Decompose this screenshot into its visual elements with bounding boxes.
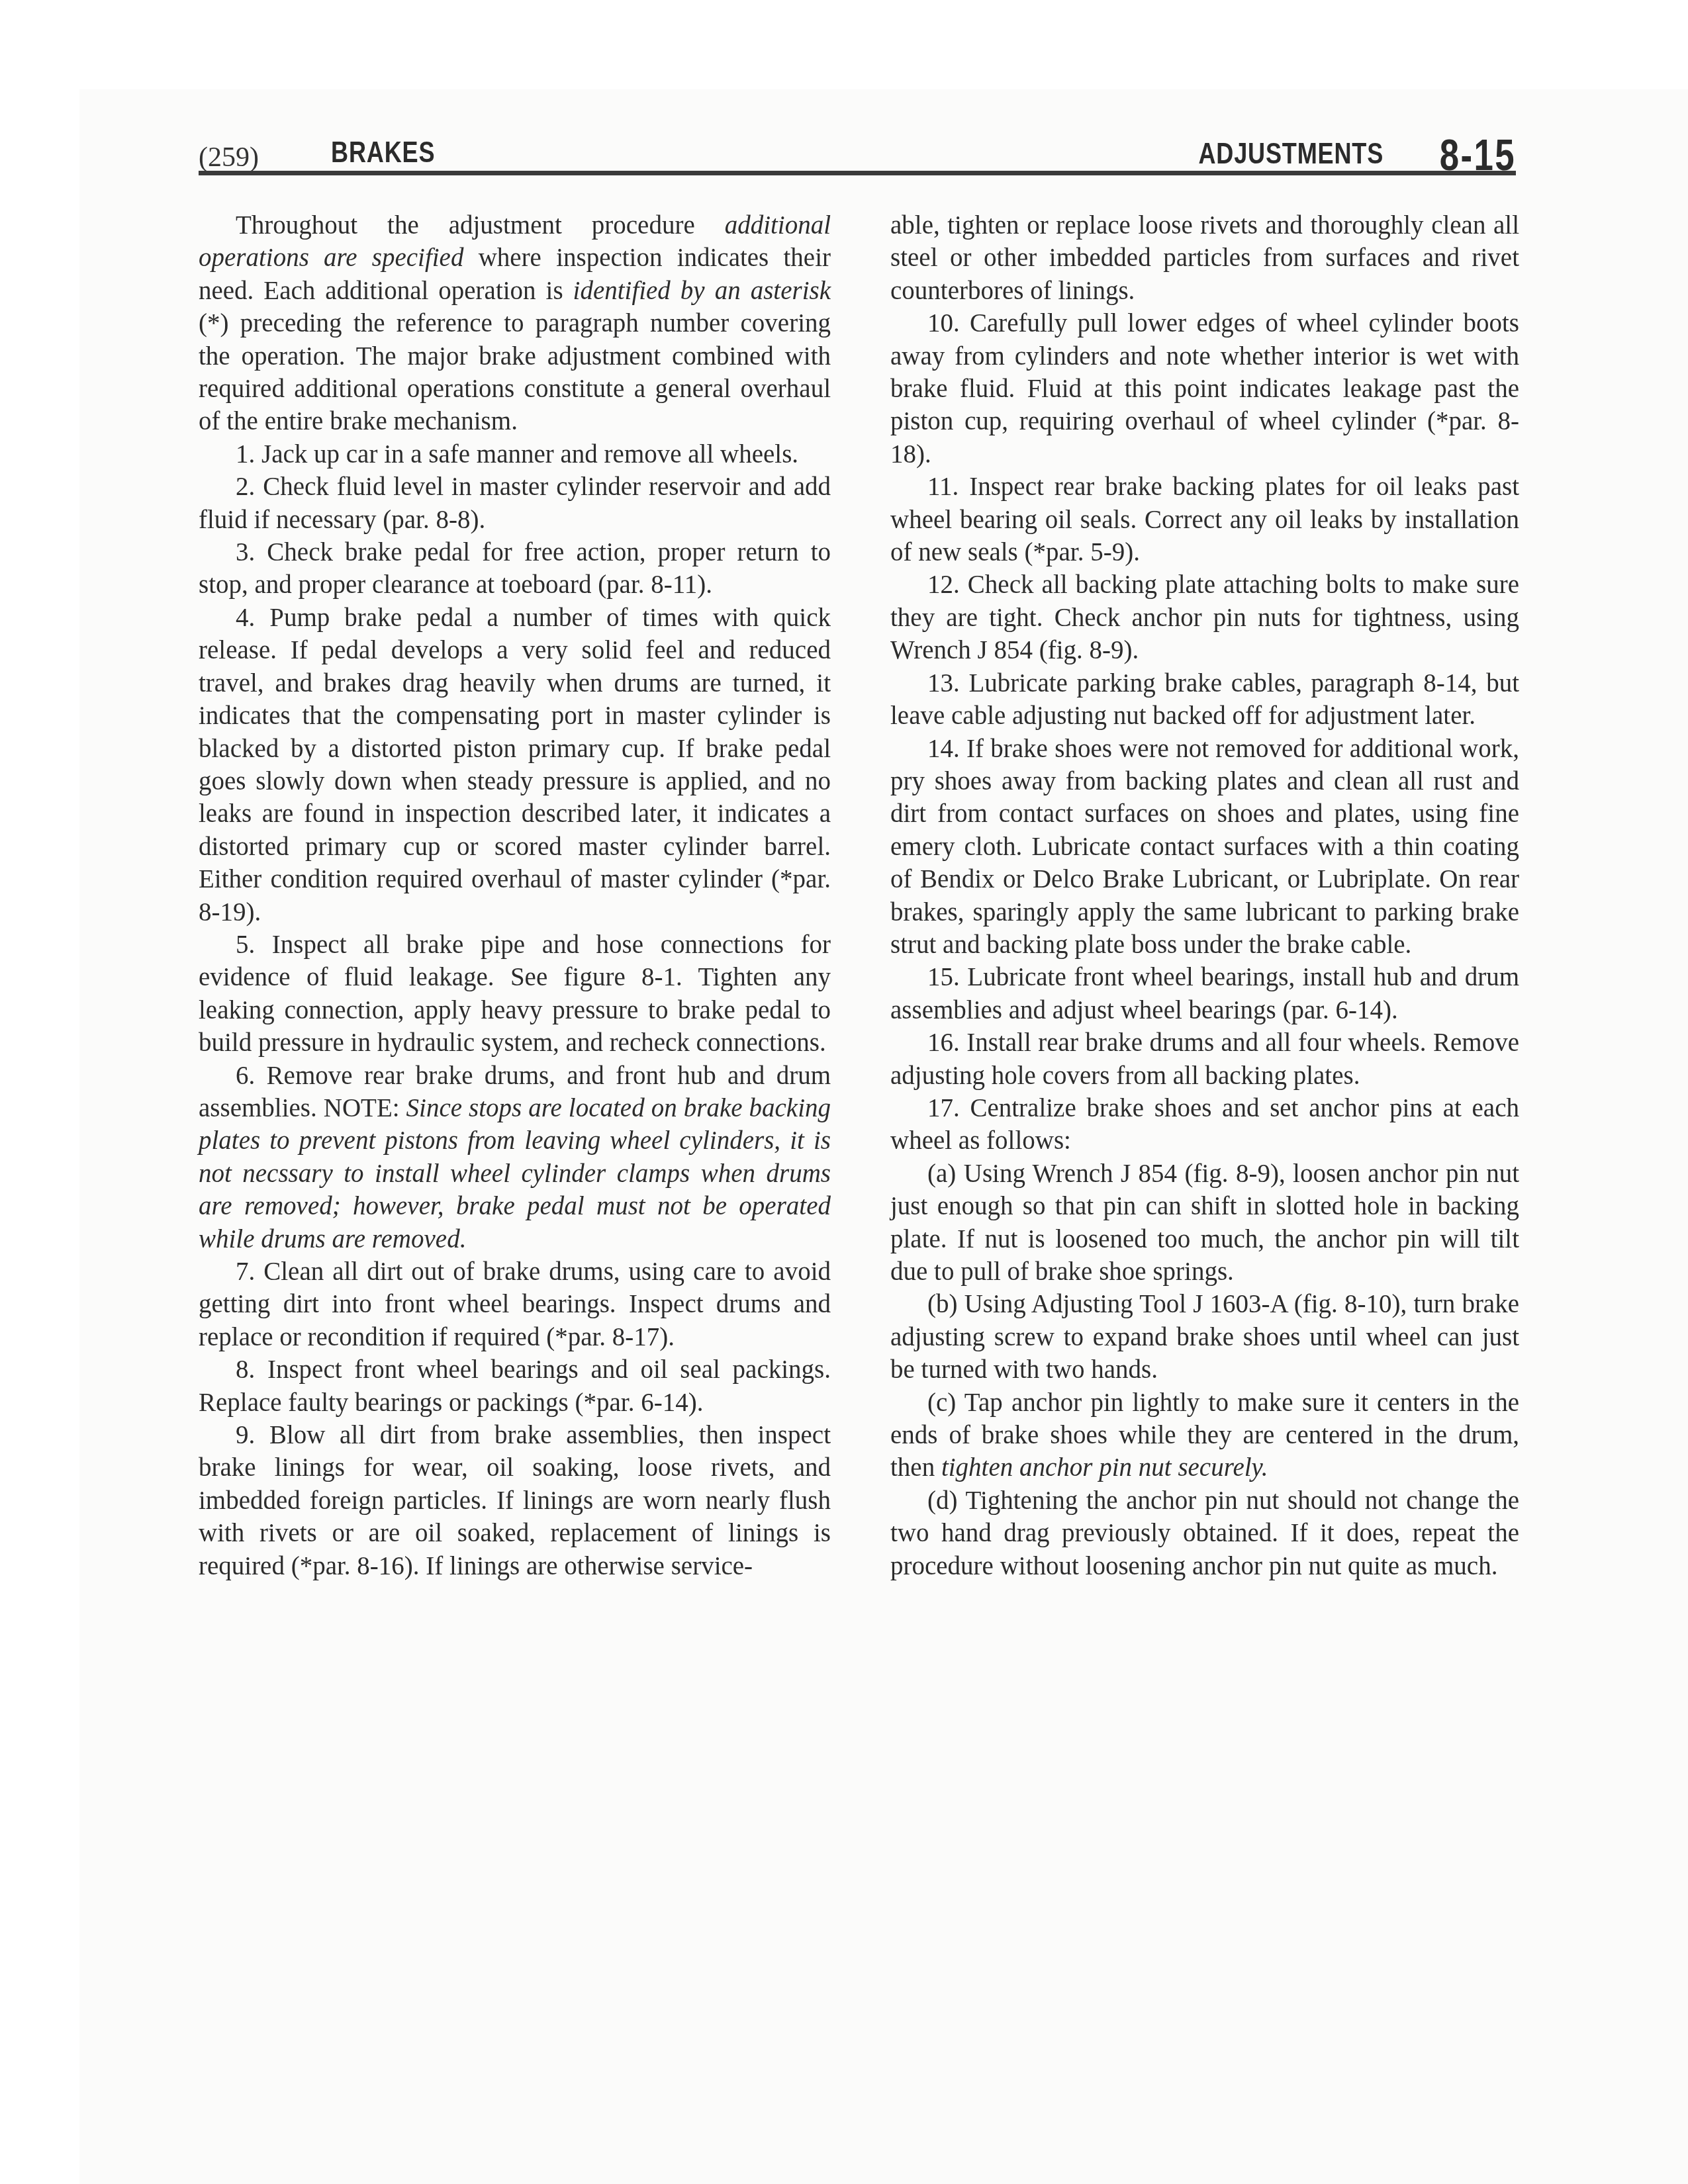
step-10: 10. Carefully pull lower edges of wheel … (890, 307, 1519, 471)
left-column: Throughout the adjustment procedure addi… (199, 209, 831, 1582)
step-5: 5. Inspect all brake pipe and hose conne… (199, 929, 831, 1060)
step-12: 12. Check all backing plate attaching bo… (890, 569, 1519, 666)
step-14: 14. If brake shoes were not removed for … (890, 733, 1519, 962)
step-2: 2. Check fluid level in master cylinder … (199, 471, 831, 536)
step-8: 8. Inspect front wheel bearings and oil … (199, 1353, 831, 1419)
intro-text-1: Throughout the adjustment procedure (236, 211, 725, 240)
intro-text-3: (*) preceding the reference to paragraph… (199, 309, 831, 435)
step-17c: (c) Tap anchor pin lightly to make sure … (890, 1387, 1519, 1484)
step-17c-italic: tighten anchor pin nut securely. (941, 1453, 1268, 1482)
page-number: (259) (199, 142, 259, 173)
step-17a: (a) Using Wrench J 854 (fig. 8-9), loose… (890, 1158, 1519, 1289)
step-17d: (d) Tightening the anchor pin nut should… (890, 1484, 1519, 1582)
step-1: 1. Jack up car in a safe manner and remo… (199, 438, 831, 471)
step-9: 9. Blow all dirt from brake assemblies, … (199, 1419, 831, 1582)
step-17: 17. Centralize brake shoes and set ancho… (890, 1092, 1519, 1158)
step-3: 3. Check brake pedal for free action, pr… (199, 536, 831, 602)
step-17b: (b) Using Adjusting Tool J 1603-A (fig. … (890, 1288, 1519, 1386)
step-16: 16. Install rear brake drums and all fou… (890, 1026, 1519, 1092)
right-column: able, tighten or replace loose rivets an… (890, 209, 1519, 1582)
intro-italic-2: identified by an asterisk (573, 277, 831, 305)
step-7: 7. Clean all dirt out of brake drums, us… (199, 1255, 831, 1353)
step-15: 15. Lubricate front wheel bearings, inst… (890, 961, 1519, 1026)
step-11: 11. Inspect rear brake backing plates fo… (890, 471, 1519, 569)
step-4: 4. Pump brake pedal a number of times wi… (199, 602, 831, 929)
section-title: ADJUSTMENTS (1198, 138, 1383, 171)
step-13: 13. Lubricate parking brake cables, para… (890, 667, 1519, 733)
header-rule (199, 171, 1516, 175)
step-9-continued: able, tighten or replace loose rivets an… (890, 209, 1519, 307)
intro-paragraph: Throughout the adjustment procedure addi… (199, 209, 831, 438)
step-6: 6. Remove rear brake drums, and front hu… (199, 1060, 831, 1255)
chapter-title: BRAKES (331, 136, 435, 169)
